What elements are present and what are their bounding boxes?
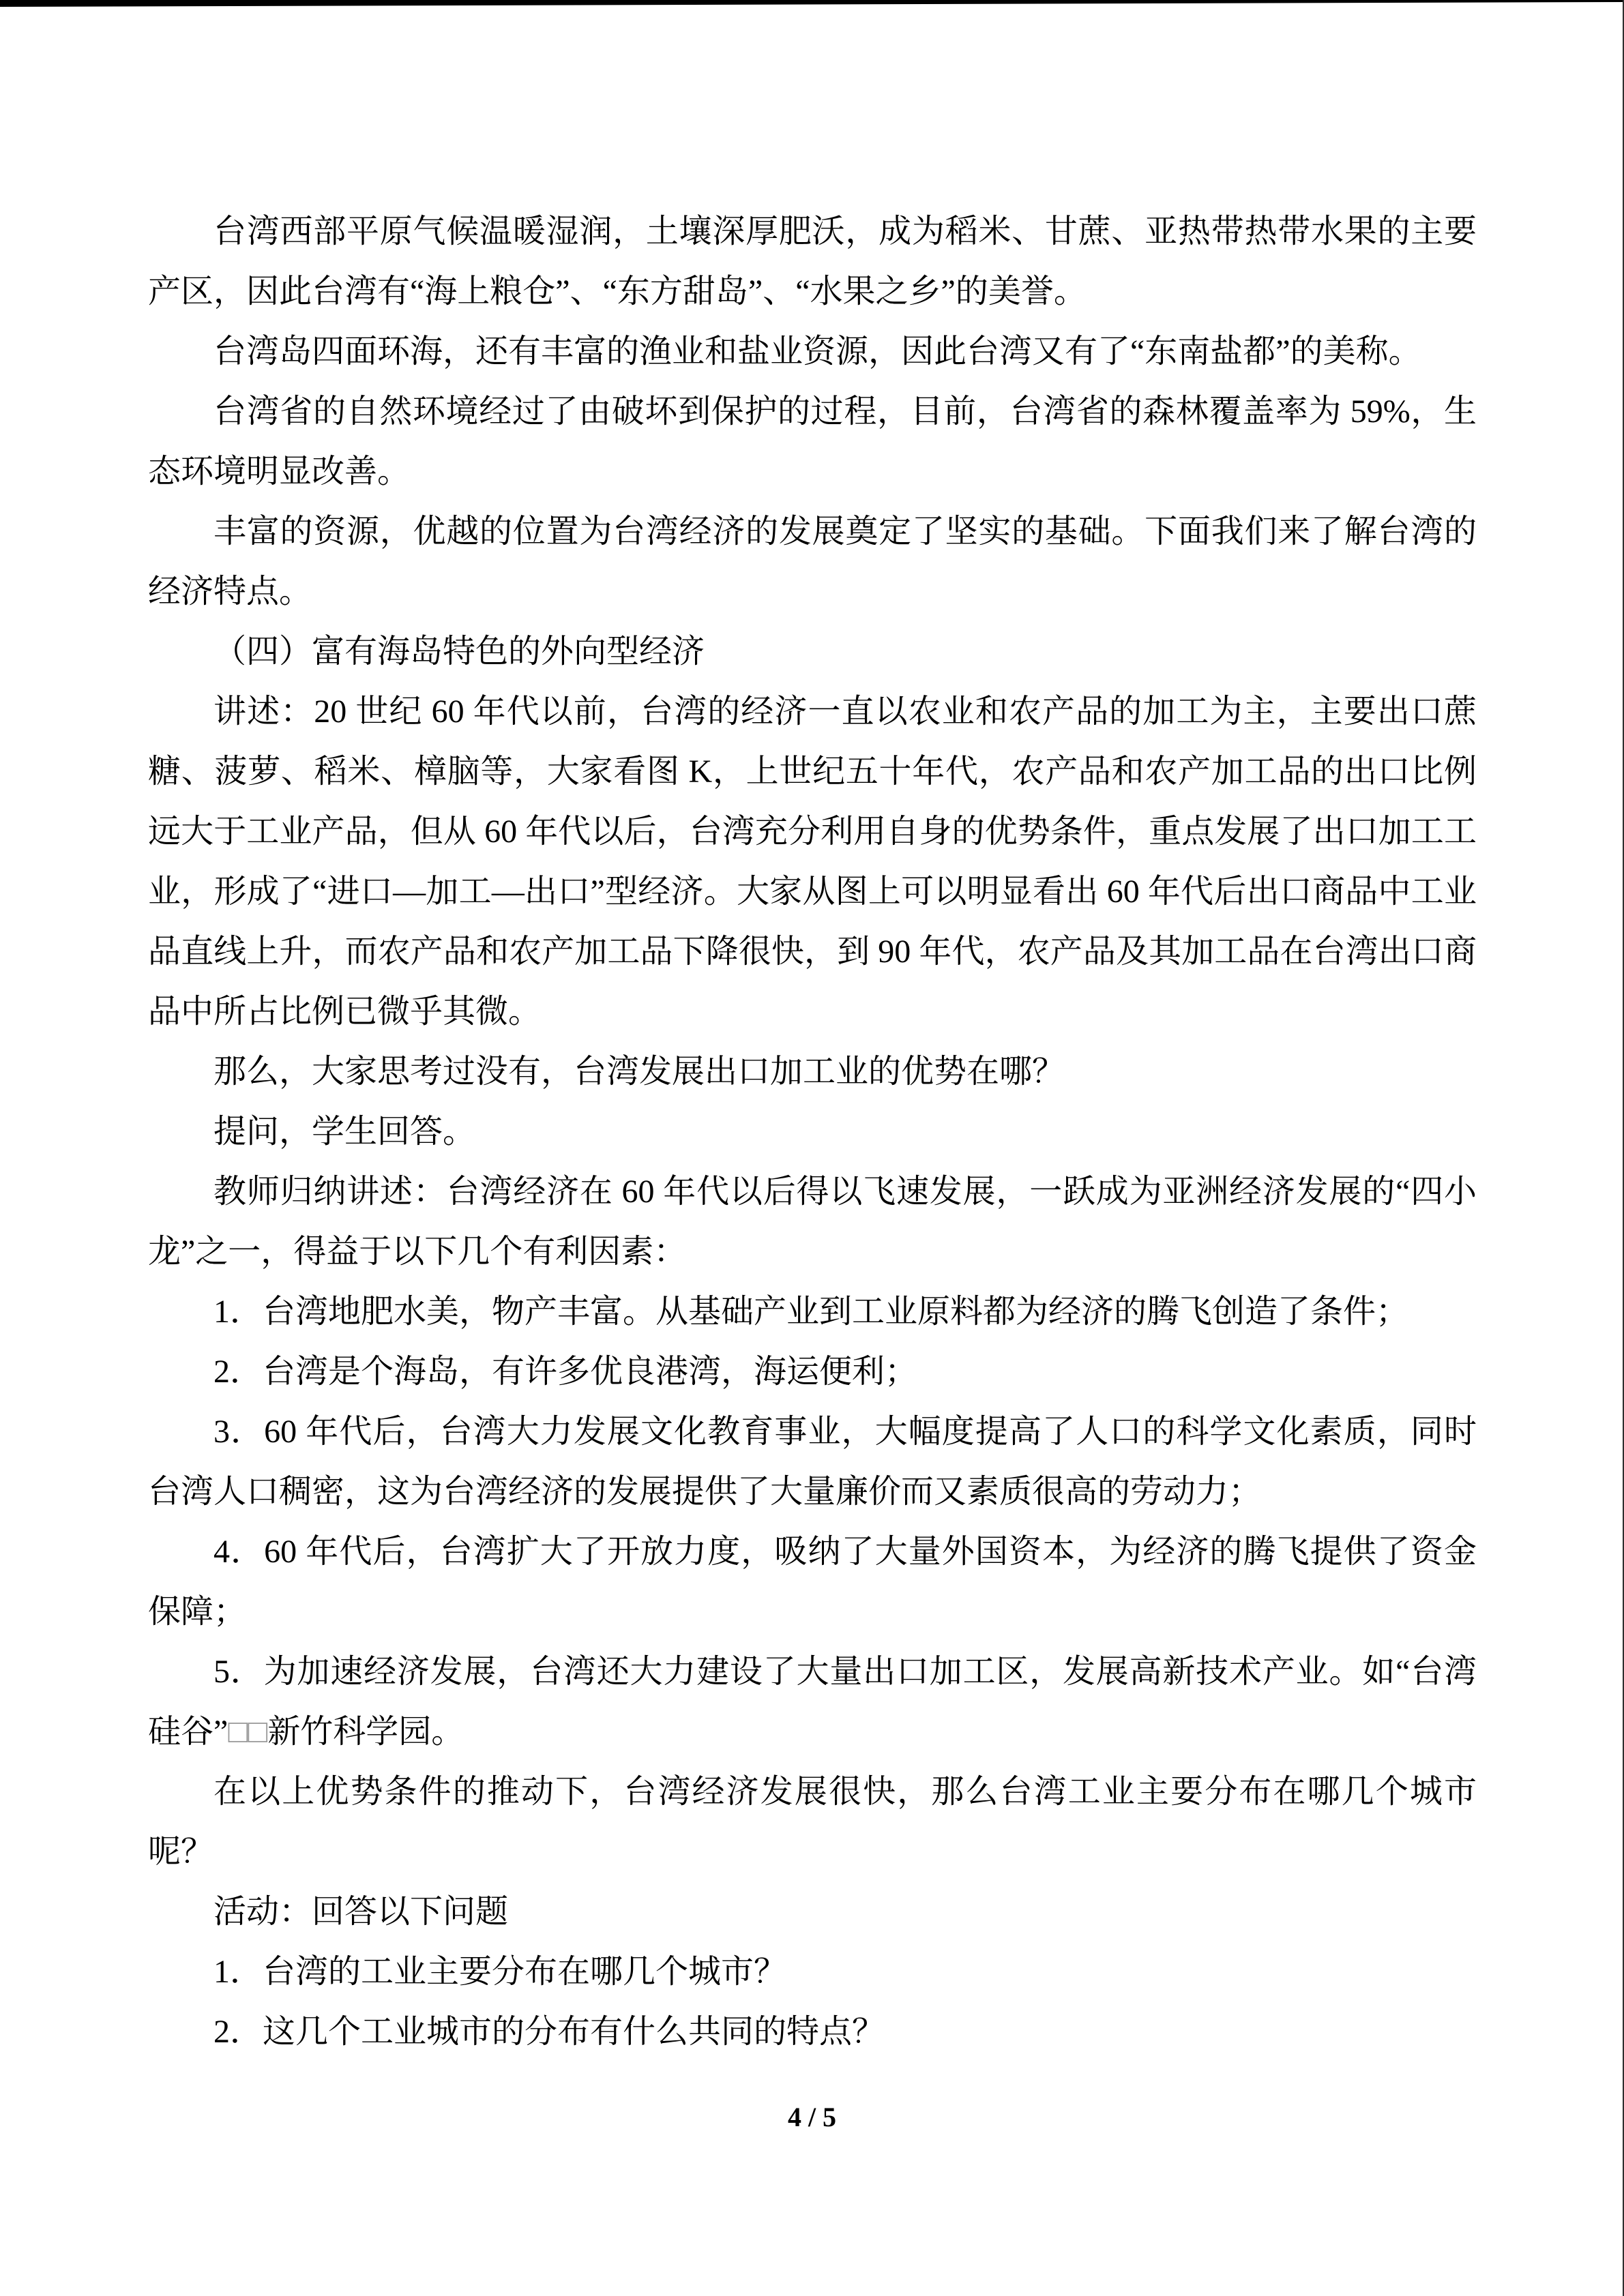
paragraph: 1．台湾地肥水美，物产丰富。从基础产业到工业原料都为经济的腾飞创造了条件；: [148, 1282, 1477, 1342]
page-number: 4 / 5: [0, 2101, 1624, 2134]
text-run: 提问，学生回答。: [213, 1114, 475, 1150]
paragraph: 台湾岛四面环海，还有丰富的渔业和盐业资源，因此台湾又有了“东南盐都”的美称。: [148, 322, 1477, 382]
paragraph: 台湾西部平原气候温暖湿润，土壤深厚肥沃，成为稻米、甘蔗、亚热带热带水果的主要产区…: [148, 202, 1477, 322]
document-body: 台湾西部平原气候温暖湿润，土壤深厚肥沃，成为稻米、甘蔗、亚热带热带水果的主要产区…: [148, 202, 1477, 2062]
missing-glyph-box: □□: [228, 1714, 267, 1750]
paragraph: 丰富的资源，优越的位置为台湾经济的发展奠定了坚实的基础。下面我们来了解台湾的经济…: [148, 502, 1477, 622]
text-run: 讲述：20 世纪 60 年代以前，台湾的经济一直以农业和农产品的加工为主，主要出…: [148, 694, 1477, 1030]
text-run: 台湾岛四面环海，还有丰富的渔业和盐业资源，因此台湾又有了“东南盐都”的美称。: [213, 333, 1421, 370]
text-run: 3．60 年代后，台湾大力发展文化教育事业，大幅度提高了人口的科学文化素质，同时…: [148, 1414, 1477, 1510]
text-run: 2．台湾是个海岛，有许多优良港湾，海运便利；: [213, 1354, 917, 1390]
paragraph: 2．这几个工业城市的分布有什么共同的特点？: [148, 2002, 1477, 2062]
text-run: 丰富的资源，优越的位置为台湾经济的发展奠定了坚实的基础。下面我们来了解台湾的经济…: [148, 513, 1477, 610]
text-run: 台湾省的自然环境经过了由破坏到保护的过程，目前，台湾省的森林覆盖率为 59%，生…: [148, 393, 1477, 490]
text-run: 2．这几个工业城市的分布有什么共同的特点？: [213, 2014, 885, 2050]
text-run: （四）富有海岛特色的外向型经济: [213, 633, 705, 670]
paragraph: 那么，大家思考过没有，台湾发展出口加工业的优势在哪？: [148, 1042, 1477, 1102]
text-run: 台湾西部平原气候温暖湿润，土壤深厚肥沃，成为稻米、甘蔗、亚热带热带水果的主要产区…: [148, 213, 1477, 310]
paragraph: 活动：回答以下问题: [148, 1882, 1477, 1942]
paragraph: （四）富有海岛特色的外向型经济: [148, 622, 1477, 682]
text-run: 在以上优势条件的推动下，台湾经济发展很快，那么台湾工业主要分布在哪几个城市呢？: [148, 1774, 1477, 1870]
paragraph: 3．60 年代后，台湾大力发展文化教育事业，大幅度提高了人口的科学文化素质，同时…: [148, 1402, 1477, 1522]
text-run: 4．60 年代后，台湾扩大了开放力度，吸纳了大量外国资本，为经济的腾飞提供了资金…: [148, 1534, 1477, 1630]
scan-edge-top: [0, 0, 1624, 7]
paragraph: 1．台湾的工业主要分布在哪几个城市？: [148, 1942, 1477, 2002]
text-run: 1．台湾的工业主要分布在哪几个城市？: [213, 1954, 786, 1990]
paragraph: 提问，学生回答。: [148, 1102, 1477, 1162]
text-run: 新竹科学园。: [267, 1714, 464, 1750]
paragraph: 4．60 年代后，台湾扩大了开放力度，吸纳了大量外国资本，为经济的腾飞提供了资金…: [148, 1522, 1477, 1642]
paragraph: 5．为加速经济发展，台湾还大力建设了大量出口加工区，发展高新技术产业。如“台湾硅…: [148, 1642, 1477, 1762]
paragraph: 在以上优势条件的推动下，台湾经济发展很快，那么台湾工业主要分布在哪几个城市呢？: [148, 1762, 1477, 1882]
text-run: 活动：回答以下问题: [213, 1894, 508, 1930]
paragraph: 2．台湾是个海岛，有许多优良港湾，海运便利；: [148, 1342, 1477, 1402]
document-page: 台湾西部平原气候温暖湿润，土壤深厚肥沃，成为稻米、甘蔗、亚热带热带水果的主要产区…: [0, 0, 1624, 2296]
paragraph: 讲述：20 世纪 60 年代以前，台湾的经济一直以农业和农产品的加工为主，主要出…: [148, 682, 1477, 1042]
paragraph: 教师归纳讲述：台湾经济在 60 年代以后得以飞速发展，一跃成为亚洲经济发展的“四…: [148, 1162, 1477, 1282]
text-run: 那么，大家思考过没有，台湾发展出口加工业的优势在哪？: [213, 1054, 1065, 1090]
text-run: 教师归纳讲述：台湾经济在 60 年代以后得以飞速发展，一跃成为亚洲经济发展的“四…: [148, 1174, 1477, 1270]
paragraph: 台湾省的自然环境经过了由破坏到保护的过程，目前，台湾省的森林覆盖率为 59%，生…: [148, 382, 1477, 502]
text-run: 1．台湾地肥水美，物产丰富。从基础产业到工业原料都为经济的腾飞创造了条件；: [213, 1294, 1408, 1330]
